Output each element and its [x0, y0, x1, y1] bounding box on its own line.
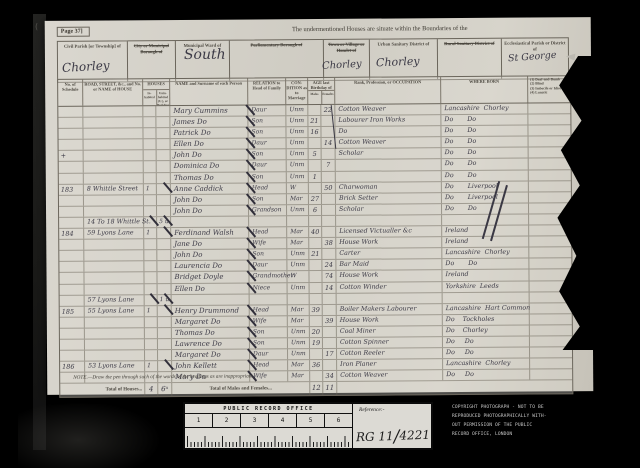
cell-condition: Unm [287, 205, 309, 215]
cell-uninh [157, 250, 171, 260]
cell-age_m [309, 238, 322, 248]
ruler-number: 2 [213, 414, 241, 427]
cell-born: Do Do [443, 348, 530, 359]
cell-occupation: Coal Miner [337, 326, 443, 337]
cell-address [84, 151, 144, 162]
cell-age_f: 24 [322, 260, 336, 270]
cell-occupation: Cotton Weaver [337, 370, 443, 381]
cell-name: James Do [170, 117, 248, 128]
cell-uninh [157, 261, 171, 271]
cell-age_m [309, 216, 322, 226]
cell-name: Mary Cummins [170, 105, 248, 116]
edge-arrow-mark [566, 52, 576, 60]
cell-relation: Daur [250, 349, 288, 359]
cell-condition: Unm [286, 127, 308, 137]
cell-schedule [60, 317, 85, 327]
cell-inh [145, 350, 158, 360]
cell-schedule: 183 [59, 184, 84, 194]
cell-address [84, 273, 144, 284]
cell-infirmity [529, 181, 571, 191]
header-box-value: South [184, 47, 226, 63]
cell-uninh [158, 317, 172, 327]
cell-schedule: 185 [60, 306, 85, 316]
cell-name: Bridget Doyle [171, 272, 249, 283]
cell-address [85, 328, 145, 339]
cell-name: Ferdinand Walsh [171, 228, 249, 239]
col-header-uninhabited: Unin-habited (U.), or Building (B.) [157, 90, 170, 105]
cell-address [84, 250, 144, 261]
cell-occupation: Licensed Victualler &c [336, 226, 442, 237]
col-header-schedule: No. of Schedule [58, 80, 83, 106]
cell-born: Do Do [441, 115, 528, 126]
total-males: 12 [310, 382, 323, 395]
cell-infirmity [530, 336, 572, 346]
cell-condition: Mar [287, 227, 309, 237]
cell-schedule [60, 329, 85, 339]
cell-age_m [310, 294, 323, 304]
totals-blank [337, 381, 572, 396]
col-header-relation: RELATION to Head of Family [248, 78, 286, 104]
cell-address: 8 Whittle Street [84, 184, 144, 195]
cell-occupation: Do [335, 126, 441, 137]
cell-inh [145, 328, 158, 338]
cell-infirmity [529, 159, 571, 169]
cell-condition: Unm [287, 172, 309, 182]
cell-relation: Son [249, 150, 287, 160]
copyright-notice: COPYRIGHT PHOTOGRAPH - NOT TO BE REPRODU… [452, 404, 582, 440]
cell-inh [144, 173, 157, 183]
cell-name: John Kellett [172, 361, 250, 372]
cell-schedule [59, 240, 84, 250]
header-box-label: Civil Parish [or Township] of [60, 43, 125, 49]
cell-inh [143, 128, 156, 138]
cell-age_m [309, 160, 322, 170]
cell-born: Do Liverpool [442, 181, 529, 192]
cell-occupation: Cotton Winder [337, 282, 443, 293]
cell-condition: Unm [288, 349, 310, 359]
cell-age_m: 39 [310, 305, 323, 315]
cell-address [84, 173, 144, 184]
cell-occupation: House Work [336, 271, 442, 282]
cell-age_f [323, 293, 337, 303]
cell-inh: 1 [145, 361, 158, 371]
cell-condition: Unm [288, 338, 310, 348]
cell-relation: Wife [249, 238, 287, 248]
cell-age_f [323, 338, 337, 348]
cell-born: Do Do [442, 259, 529, 270]
col-header-males: Males [308, 91, 322, 104]
cell-occupation: Carter [336, 248, 442, 259]
cell-schedule: 186 [60, 362, 85, 372]
cell-infirmity [528, 103, 570, 113]
cell-schedule [58, 107, 83, 117]
cell-age_m: 40 [309, 227, 322, 237]
cell-age_m [310, 282, 323, 292]
cell-address [83, 106, 143, 117]
cell-schedule [59, 195, 84, 205]
header-box: Municipal Ward ofSouth [176, 41, 230, 81]
cell-condition: Unm [287, 149, 309, 159]
cell-schedule [59, 140, 84, 150]
col-header-road: ROAD, STREET, &c., and No. or NAME of HO… [83, 79, 143, 105]
table-header-row: No. of Schedule ROAD, STREET, &c., and N… [58, 76, 570, 107]
cell-name: Jane Do [171, 239, 249, 250]
cell-name: Margaret Do [172, 350, 250, 361]
cell-name: Dominica Do [171, 161, 249, 172]
cell-uninh [156, 128, 170, 138]
header-box-label: Urban Sanitary District of [372, 41, 435, 47]
cell-age_f [322, 171, 336, 181]
cell-address [85, 317, 145, 328]
cell-age_f [322, 205, 336, 215]
cell-age_f: 22 [321, 105, 335, 115]
cell-condition: W [287, 271, 309, 281]
situate-line: The undermentioned Houses are situate wi… [215, 24, 545, 33]
total-houses-label: Total of Houses... [60, 384, 145, 398]
cell-relation: Son [248, 127, 286, 137]
cell-inh [144, 139, 157, 149]
cell-occupation [337, 293, 443, 304]
cell-condition: Unm [287, 249, 309, 259]
header-box-value: Chorley [376, 55, 420, 70]
cell-inh [143, 117, 156, 127]
ruler-number: 5 [297, 414, 325, 427]
cell-condition: Unm [286, 105, 308, 115]
cell-address [84, 206, 144, 217]
cell-relation: Head [250, 305, 288, 315]
header-box: Civil Parish [or Township] ofChorley [58, 41, 128, 81]
cell-schedule [60, 295, 85, 305]
cell-relation: Son [249, 194, 287, 204]
cell-inh [144, 261, 157, 271]
pro-stamp: PUBLIC RECORD OFFICE 123456 Reference:- … [183, 402, 433, 450]
cell-name: Ellen Do [171, 139, 249, 150]
cell-condition: Unm [286, 116, 308, 126]
header-box-label: Town or Village or Hamlet of [326, 42, 367, 54]
cell-age_m: 1 [309, 172, 322, 182]
cell-uninh [158, 339, 172, 349]
cell-uninh [158, 328, 172, 338]
cell-age_m [309, 271, 322, 281]
cell-schedule [60, 284, 85, 294]
header-box-value: Chorley [62, 58, 110, 75]
cell-born: Do Chorley [443, 325, 530, 336]
page-number-label: Page 37] [57, 27, 90, 37]
header-box-label: Parliamentary Borough of [232, 42, 321, 49]
table-body: Mary CumminsDaurUnm22Cotton WeaverLancas… [58, 103, 572, 384]
cell-age_f: 34 [323, 371, 337, 381]
cell-infirmity [529, 236, 571, 246]
cell-age_f: 7 [322, 160, 336, 170]
header-box: Parliamentary Borough of [230, 40, 324, 81]
cell-name: John Do [171, 250, 249, 261]
cell-born: Ireland [442, 270, 529, 281]
cell-born: Lancashire Hart Common [443, 303, 530, 314]
cell-age_f [322, 249, 336, 259]
header-box-value: St George [508, 50, 557, 65]
cell-infirmity [528, 125, 570, 135]
total-inhabited: 4 [145, 383, 158, 396]
cell-age_m [309, 183, 322, 193]
cell-inh [144, 250, 157, 260]
col-header-age: AGE last Birthday of Males Females [308, 78, 335, 104]
cell-age_f [323, 327, 337, 337]
col-header-born: WHERE BORN [441, 77, 528, 104]
cell-relation: Head [250, 360, 288, 370]
cell-address [84, 195, 144, 206]
cell-relation: Daur [249, 161, 287, 171]
cell-infirmity [530, 369, 572, 379]
cell-schedule: 184 [59, 229, 84, 239]
cell-address [85, 284, 145, 295]
cell-address: 59 Lyons Lane [84, 228, 144, 239]
cell-schedule [60, 340, 85, 350]
cell-age_f: 17 [323, 349, 337, 359]
cell-born: Do Do [443, 370, 530, 381]
cell-age_m: 5 [309, 149, 322, 159]
cell-age_f [323, 305, 337, 315]
cell-inh [144, 162, 157, 172]
col-header-inhabited: In-habited [143, 90, 157, 105]
cell-age_m [309, 260, 322, 270]
cell-name: Lawrence Do [172, 338, 250, 349]
header-box: Town or Village or Hamlet ofChorley [324, 40, 370, 80]
cell-uninh [157, 272, 171, 282]
cell-born: Do Do [443, 336, 530, 347]
cell-uninh [156, 117, 170, 127]
cell-inh [145, 317, 158, 327]
cell-inh [145, 339, 158, 349]
cell-born [443, 292, 530, 303]
cell-age_m: 19 [310, 338, 323, 348]
cell-occupation: Cotton Weaver [335, 104, 441, 115]
cell-born: Do Liverpool [442, 192, 529, 203]
cell-name: Anne Caddick [171, 183, 249, 194]
header-box: Ecclesiastical Parish or District ofSt G… [502, 38, 568, 78]
cell-age_f: 38 [322, 238, 336, 248]
cell-infirmity [530, 358, 572, 368]
cell-name [172, 294, 250, 305]
cell-condition: Mar [288, 371, 310, 381]
cell-relation: Son [248, 116, 286, 126]
cell-relation [249, 216, 287, 226]
ruler-number: 1 [185, 414, 213, 427]
cell-condition: Mar [287, 194, 309, 204]
cell-condition [288, 294, 310, 304]
cell-infirmity [530, 314, 572, 324]
cell-address [84, 162, 144, 173]
reference-box: Reference:- RG 11/4221 [353, 404, 431, 448]
cell-relation: Son [250, 338, 288, 348]
cell-address [83, 117, 143, 128]
total-persons-label: Total of Males and Females... [172, 382, 310, 396]
cell-condition: Unm [287, 138, 309, 148]
cell-address: 14 To 18 Whittle St. [84, 217, 144, 228]
cell-name: Thomas Do [172, 327, 250, 338]
cell-condition: Unm [288, 327, 310, 337]
ruler-numbers: 123456 [185, 413, 352, 428]
col-header-houses: HOUSES In-habited Unin-habited (U.), or … [143, 79, 170, 105]
cell-relation [250, 294, 288, 304]
cell-address [84, 140, 144, 151]
cell-occupation: Brick Setter [336, 193, 442, 204]
cell-age_f: 74 [322, 271, 336, 281]
ruler-number: 4 [269, 414, 297, 427]
cell-condition: Unm [287, 260, 309, 270]
cell-inh [143, 106, 156, 116]
cell-name: Laurencia Do [171, 261, 249, 272]
ruler-ticks [187, 436, 350, 447]
cell-born: Do Do [442, 159, 529, 170]
cell-relation: Daur [249, 139, 287, 149]
cell-address: 53 Lyons Lane [85, 361, 145, 372]
cell-address [84, 239, 144, 250]
cell-born: Do Tockholes [443, 314, 530, 325]
cell-age_f: 50 [322, 183, 336, 193]
cell-address [83, 128, 143, 139]
cell-infirmity [530, 325, 572, 335]
cell-occupation: Scholar [336, 149, 442, 160]
film-edge-strip [33, 14, 46, 450]
cell-inh [144, 273, 157, 283]
cell-schedule [59, 262, 84, 272]
cell-occupation [336, 171, 442, 182]
header-box-value: Chorley [322, 59, 362, 72]
cell-uninh [157, 195, 171, 205]
cell-condition: W [287, 183, 309, 193]
cell-occupation: Labourer Iron Works [335, 115, 441, 126]
cell-relation: Grandmother [249, 272, 287, 282]
cell-schedule [59, 173, 84, 183]
cell-relation: Wife [250, 316, 288, 326]
census-table: No. of Schedule ROAD, STREET, &c., and N… [57, 75, 573, 398]
total-uninhabited: 6ᵘ [158, 383, 172, 396]
census-page: Page 37] The undermentioned Houses are s… [45, 17, 594, 395]
col-header-females: Females [322, 91, 335, 104]
cell-uninh [157, 139, 171, 149]
cell-schedule [59, 273, 84, 283]
cell-relation: Son [250, 327, 288, 337]
ruler-scale: PUBLIC RECORD OFFICE 123456 [185, 404, 353, 448]
cell-name [171, 216, 249, 227]
cell-address [85, 339, 145, 350]
cell-born: Lancashire Chorley [442, 248, 529, 259]
cell-age_m: 36 [310, 360, 323, 370]
cell-born: Ireland [442, 237, 529, 248]
cell-occupation: Bar Maid [336, 259, 442, 270]
cell-condition: Unm [288, 283, 310, 293]
cell-inh [144, 151, 157, 161]
cell-age_m: 6 [309, 205, 322, 215]
cell-schedule [59, 206, 84, 216]
cell-infirmity [529, 270, 571, 280]
cell-uninh [156, 106, 170, 116]
cell-age_m [310, 349, 323, 359]
reference-value: RG 11/4221 [356, 426, 431, 449]
cell-address: 57 Lyons Lane [85, 295, 145, 306]
ruler-title: PUBLIC RECORD OFFICE [185, 404, 352, 412]
cell-age_m [309, 138, 322, 148]
cell-occupation: House Work [337, 315, 443, 326]
cell-inh: 1 [145, 306, 158, 316]
cell-infirmity [529, 192, 571, 202]
cell-schedule [59, 218, 84, 228]
cell-inh: 1 [144, 228, 157, 238]
cell-uninh [157, 162, 171, 172]
cell-born: Do Do [442, 203, 529, 214]
cell-schedule [60, 351, 85, 361]
cell-uninh [157, 239, 171, 249]
cell-condition: Mar [288, 360, 310, 370]
cell-age_f [322, 227, 336, 237]
cell-relation: Daur [248, 105, 286, 115]
cell-born: Do Do [442, 137, 529, 148]
cell-occupation: Cotton Spinner [337, 337, 443, 348]
header-box-label: City or Municipal Borough of [130, 43, 173, 55]
cell-address [84, 262, 144, 273]
cell-occupation: House Work [336, 237, 442, 248]
cell-age_m: 16 [308, 127, 321, 137]
cell-age_f [322, 216, 336, 226]
cell-born: Yorkshire Leeds [443, 281, 530, 292]
cell-inh [144, 239, 157, 249]
scanned-census-viewer: ( 1 Page 37] The undermentioned Houses a… [0, 0, 640, 468]
cell-name: Margaret Do [172, 316, 250, 327]
header-box: Rural Sanitary District of [438, 39, 502, 79]
cell-age_f [322, 149, 336, 159]
header-box: City or Municipal Borough of [128, 41, 176, 81]
cell-relation: Niece [250, 283, 288, 293]
cell-born: Do Do [442, 148, 529, 159]
cell-born: Lancashire Chorley [441, 104, 528, 115]
ruler-number: 3 [241, 414, 269, 427]
cell-name: Henry Drummond [172, 305, 250, 316]
cell-occupation [336, 160, 442, 171]
cell-age_m: 27 [309, 194, 322, 204]
cell-born: Do Do [442, 170, 529, 181]
cell-age_f [323, 360, 337, 370]
cell-address: 55 Lyons Lane [85, 306, 145, 317]
scan-haze [18, 398, 168, 468]
cell-name: John Do [171, 194, 249, 205]
cell-uninh [157, 150, 171, 160]
cell-condition: Mar [288, 305, 310, 315]
cell-relation: Wife [250, 371, 288, 381]
cell-infirmity [528, 114, 570, 124]
cell-born: Do Do [441, 126, 528, 137]
cell-name: Patrick Do [170, 128, 248, 139]
cell-relation: Head [249, 227, 287, 237]
cell-occupation [336, 215, 442, 226]
cell-occupation: Iron Planer [337, 359, 443, 370]
cell-occupation: Cotton Reeler [337, 348, 443, 359]
cell-age_f: 39 [323, 316, 337, 326]
cell-relation: Son [249, 172, 287, 182]
cell-occupation: Boiler Makers Labourer [337, 304, 443, 315]
col-header-condition: CON-DITION as to Marriage [286, 78, 308, 104]
cell-occupation: Charwoman [336, 182, 442, 193]
cell-age_m [310, 316, 323, 326]
cell-relation: Grandson [249, 205, 287, 215]
reference-label: Reference:- [359, 407, 384, 413]
cell-infirmity [529, 247, 571, 257]
footnote: NOTE.—Draw the pen through such of the w… [73, 373, 254, 380]
cell-name: Thomas Do [171, 172, 249, 183]
cell-schedule: + [59, 151, 84, 161]
cell-address [85, 350, 145, 361]
col-header-occupation: Rank, Profession, or OCCUPATION [335, 77, 441, 104]
cell-name: John Do [171, 150, 249, 161]
